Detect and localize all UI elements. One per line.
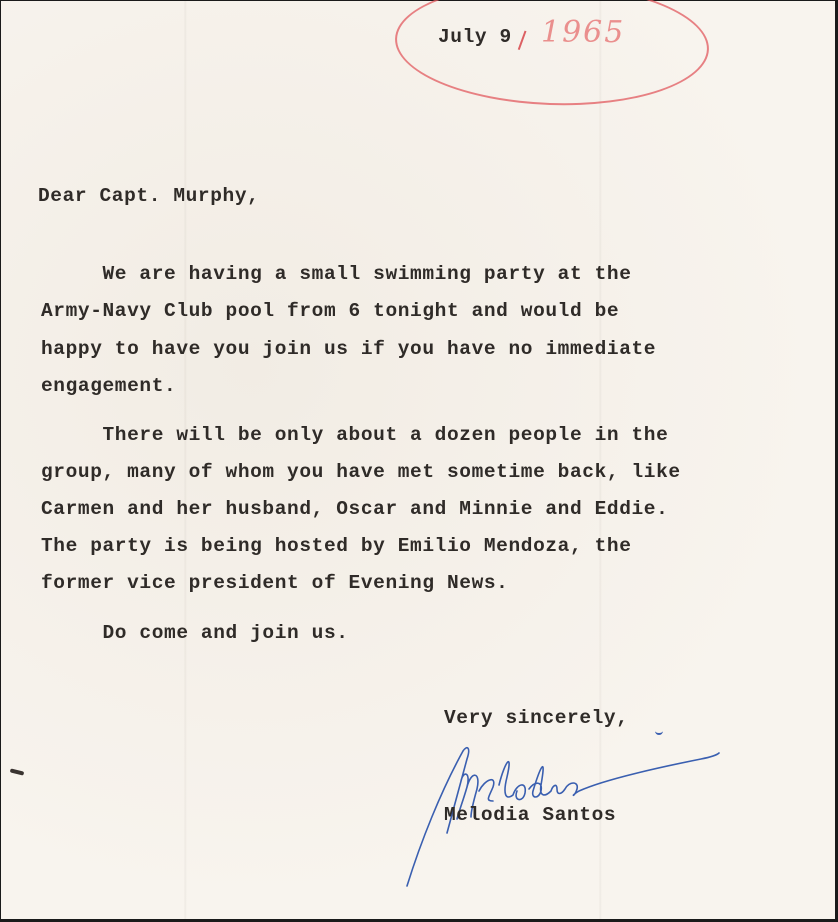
- paragraph-line: group, many of whom you have met sometim…: [41, 460, 681, 484]
- paragraph-line: Army-Navy Club pool from 6 tonight and w…: [41, 299, 619, 323]
- paragraph-line: former vice president of Evening News.: [41, 571, 508, 595]
- salutation: Dear Capt. Murphy,: [38, 184, 259, 208]
- paragraph-line: Do come and join us.: [41, 621, 349, 645]
- signature-comma-mark: [655, 727, 663, 735]
- paragraph-line: The party is being hosted by Emilio Mend…: [41, 534, 632, 558]
- paragraph-line: There will be only about a dozen people …: [41, 423, 668, 447]
- paragraph-line: Carmen and her husband, Oscar and Minnie…: [41, 497, 668, 521]
- letter-page: July 9 1965 Dear Capt. Murphy, We are ha…: [1, 1, 835, 919]
- closing: Very sincerely,: [444, 706, 629, 730]
- handwritten-year: 1965: [541, 15, 625, 50]
- paragraph-line: We are having a small swimming party at …: [41, 262, 632, 286]
- signer-name: Melodia Santos: [444, 803, 616, 827]
- letter-date: July 9: [438, 25, 512, 49]
- margin-mark: [10, 768, 25, 775]
- paragraph-line: happy to have you join us if you have no…: [41, 337, 656, 361]
- paragraph-line: engagement.: [41, 374, 176, 398]
